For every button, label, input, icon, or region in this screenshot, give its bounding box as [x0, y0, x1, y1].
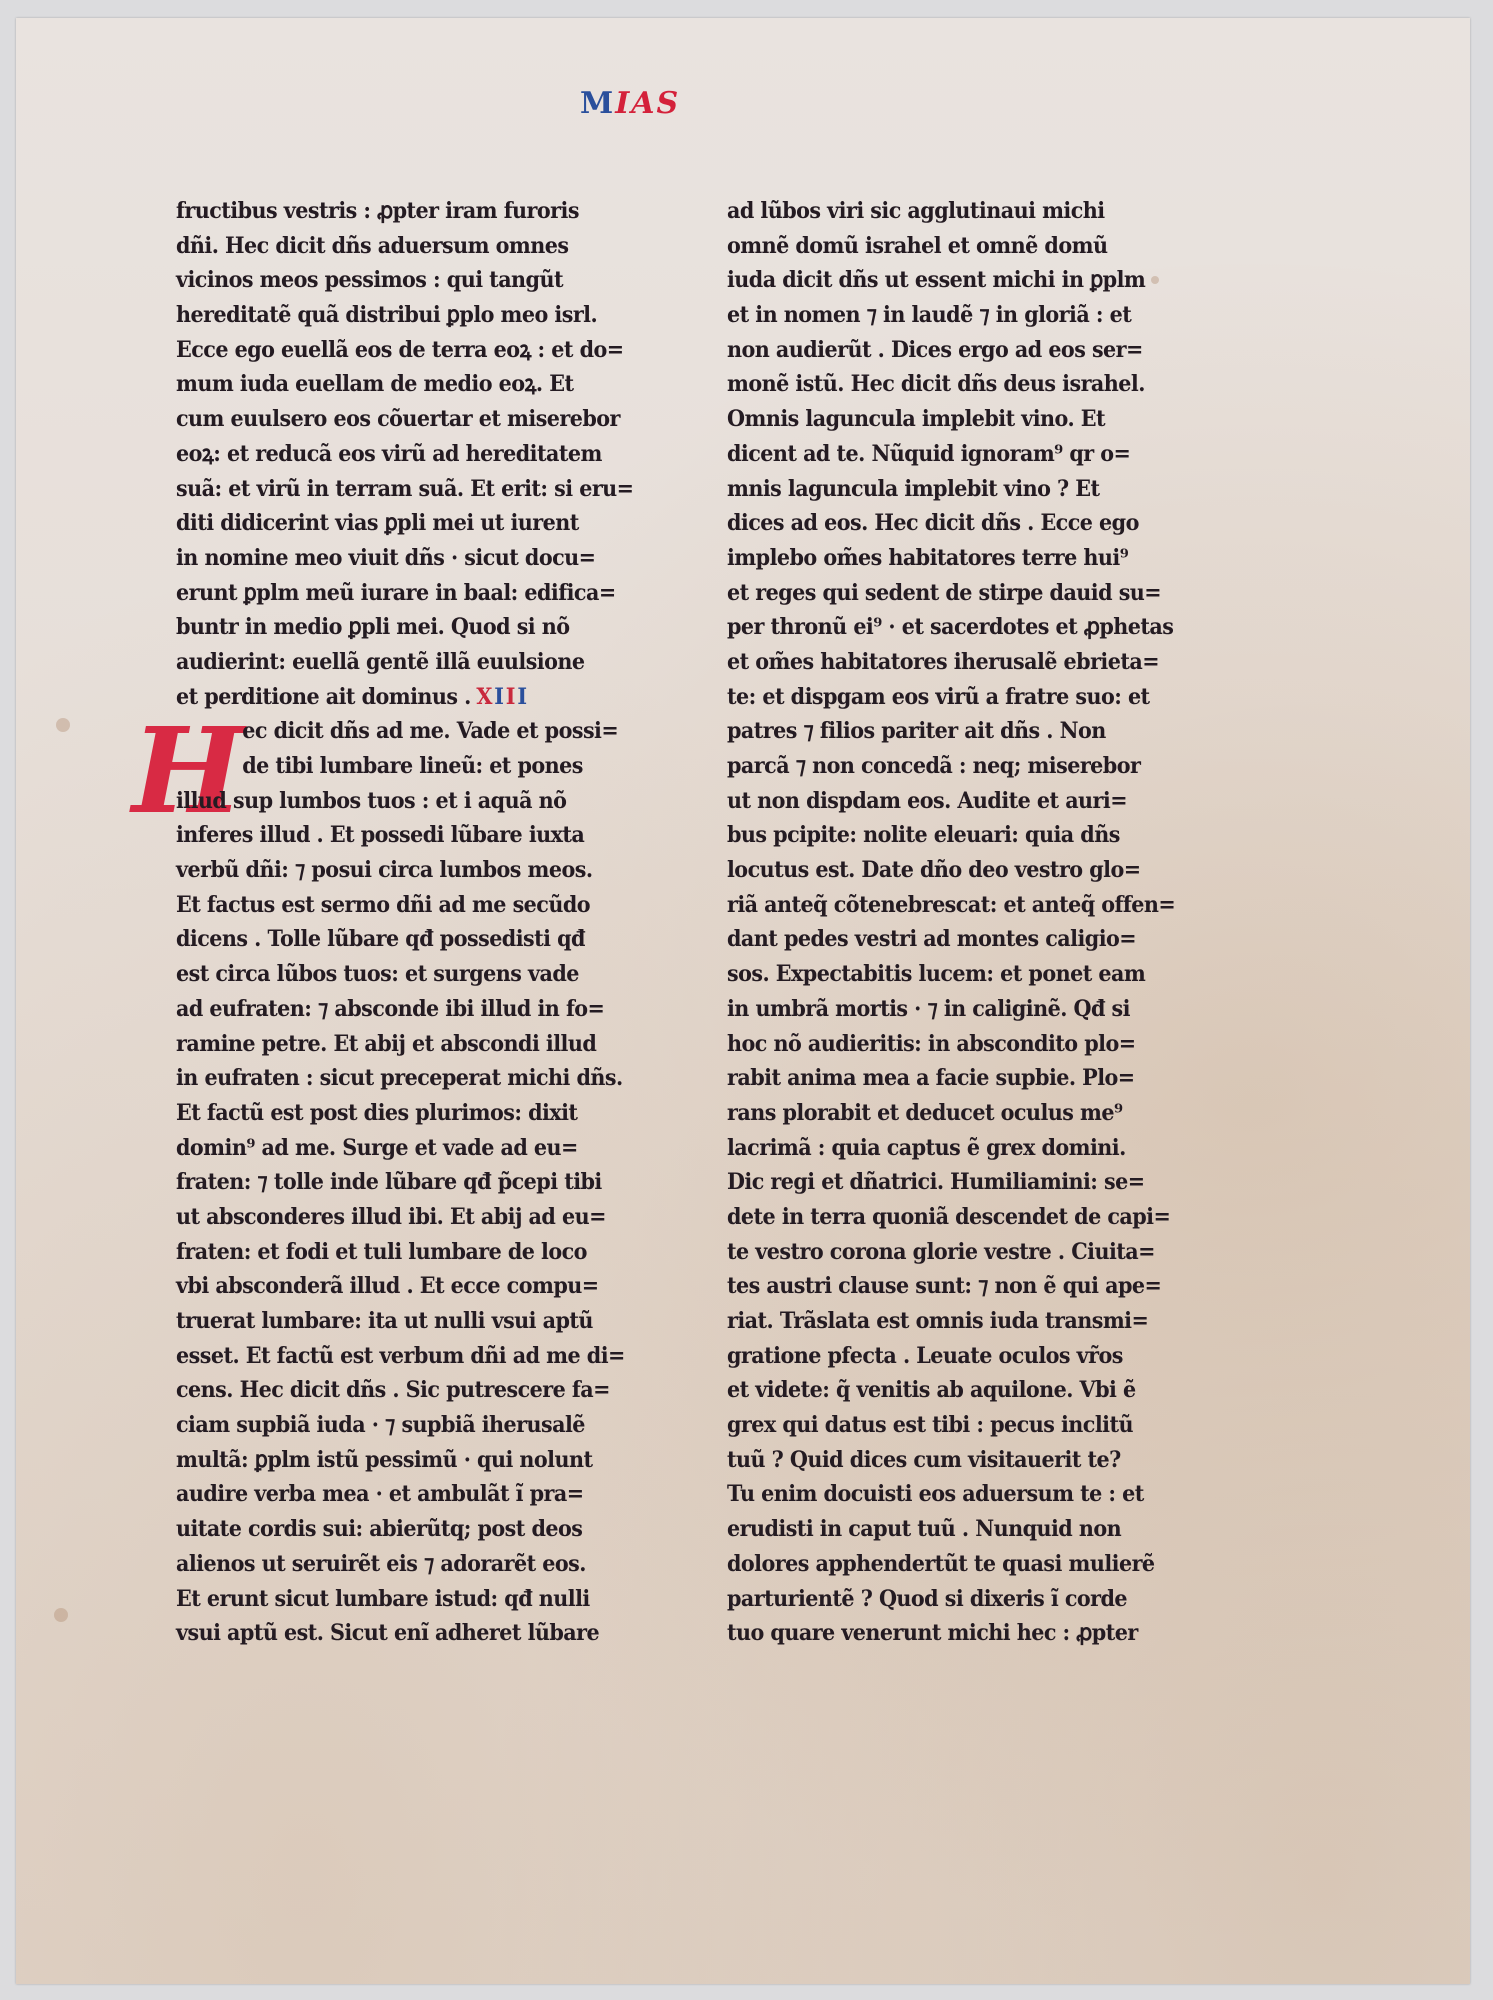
- text-line: cum euulsero eos cõuertar et miserebor: [176, 402, 608, 437]
- text-line: et om̃es habitatores iherusalẽ ebrieta=: [727, 645, 1159, 680]
- text-line: parcã ⁊ non concedã : neq; miserebor: [727, 749, 1159, 784]
- running-head-blue: M: [580, 86, 615, 121]
- text-line: fraten: et fodi et tuli lumbare de loco: [176, 1235, 608, 1270]
- text-line: riã anteq̃ cõtenebrescat: et anteq̃ offe…: [727, 888, 1159, 923]
- text-line: dant pedes vestri ad montes caligio=: [727, 922, 1159, 957]
- text-line: alienos ut seruirẽt eis ⁊ adorarẽt eos.: [176, 1547, 608, 1582]
- text-line: ciam supbiã iuda · ⁊ supbiã iherusalẽ: [176, 1408, 608, 1443]
- text-line: in umbrã mortis · ⁊ in caliginẽ. Qđ si: [727, 992, 1159, 1027]
- text-line: erudisti in caput tuũ . Nunquid non: [727, 1512, 1159, 1547]
- text-line: Omnis laguncula implebit vino. Et: [727, 402, 1159, 437]
- text-line: per thronũ ei⁹ · et sacerdotes et ꝓpheta…: [727, 610, 1159, 645]
- text-line: ad lũbos viri sic agglutinaui michi: [727, 194, 1159, 229]
- right-text-column: ad lũbos viri sic agglutinaui michiomnẽ …: [727, 194, 1159, 1651]
- text-line: te vestro corona glorie vestre . Ciuita=: [727, 1235, 1159, 1270]
- paper-stain: [54, 1608, 68, 1622]
- text-line: dicens . Tolle lũbare qđ possedisti qđ: [176, 922, 608, 957]
- text-line: et reges qui sedent de stirpe dauid su=: [727, 576, 1159, 611]
- chapter-number: XIII: [476, 684, 528, 710]
- text-line: tuũ ? Quid dices cum visitauerit te?: [727, 1443, 1159, 1478]
- text-line: vsui aptũ est. Sicut enĩ adheret lũbare: [176, 1616, 608, 1651]
- text-line: patres ⁊ filios pariter ait dñs . Non: [727, 714, 1159, 749]
- text-line: vicinos meos pessimos : qui tangũt: [176, 263, 608, 298]
- text-line: et in nomen ⁊ in laudẽ ⁊ in gloriã : et: [727, 298, 1159, 333]
- text-line: sos. Expectabitis lucem: et ponet eam: [727, 957, 1159, 992]
- chapter-i: I: [494, 684, 506, 710]
- text-line: esset. Et factũ est verbum dñi ad me di=: [176, 1339, 608, 1374]
- text-line: rans plorabit et deducet oculus me⁹: [727, 1096, 1159, 1131]
- text-line: erunt ꝑplm meũ iurare in baal: edifica=: [176, 576, 608, 611]
- running-head-red: IAS: [615, 86, 680, 121]
- text-line: implebo om̃es habitatores terre hui⁹: [727, 541, 1159, 576]
- text-line: non audierũt . Dices ergo ad eos ser=: [727, 333, 1159, 368]
- text-line: rabit anima mea a facie supbie. Plo=: [727, 1061, 1159, 1096]
- text-line: illud sup lumbos tuos : et i aquã nõ: [176, 784, 608, 819]
- text-line: multã: ꝑplm istũ pessimũ · qui nolunt: [176, 1443, 608, 1478]
- text-line: iuda dicit dñs ut essent michi in ꝑplm: [727, 263, 1159, 298]
- text-line: in nomine meo viuit dñs · sicut docu=: [176, 541, 608, 576]
- text-line: dñi. Hec dicit dñs aduersum omnes: [176, 229, 608, 264]
- text-line: truerat lumbare: ita ut nulli vsui aptũ: [176, 1304, 608, 1339]
- text-line: parturientẽ ? Quod si dixeris ĩ corde: [727, 1582, 1159, 1617]
- text-line: Tu enim docuisti eos aduersum te : et: [727, 1477, 1159, 1512]
- text-line: vbi absconderã illud . Et ecce compu=: [176, 1269, 608, 1304]
- text-line: suã: et virũ in terram suã. Et erit: si …: [176, 472, 608, 507]
- chapter-i: I: [506, 684, 518, 710]
- text-line: buntr in medio ꝑpli mei. Quod si nõ: [176, 610, 608, 645]
- text-line: gratione pfecta . Leuate oculos vr̃os: [727, 1339, 1159, 1374]
- text-line: ad eufraten: ⁊ absconde ibi illud in fo=: [176, 992, 608, 1027]
- text-line: ut absconderes illud ibi. Et abij ad eu=: [176, 1200, 608, 1235]
- text-line: tuo quare venerunt michi hec : ꝓpter: [727, 1616, 1159, 1651]
- text-line: Ecce ego euellã eos de terra eoꝝ : et do…: [176, 333, 608, 368]
- paper-stain: [56, 718, 70, 732]
- text-line: de tibi lumbare lineũ: et pones: [176, 749, 608, 784]
- text-line: et videte: q̃ venitis ab aquilone. Vbi ẽ: [727, 1373, 1159, 1408]
- text-line: dolores apphendertũt te quasi mulierẽ: [727, 1547, 1159, 1582]
- text-line: eoꝝ: et reducã eos virũ ad hereditatem: [176, 437, 608, 472]
- text-line: in eufraten : sicut preceperat michi dñs…: [176, 1061, 608, 1096]
- text-line: dicent ad te. Nũquid ignoram⁹ qr o=: [727, 437, 1159, 472]
- chapter-x: X: [476, 684, 494, 710]
- text-line: ec dicit dñs ad me. Vade et possi=: [176, 714, 608, 749]
- text-line: grex qui datus est tibi : pecus inclitũ: [727, 1408, 1159, 1443]
- text-line: uitate cordis sui: abierũtq; post deos: [176, 1512, 608, 1547]
- text-line: lacrimã : quia captus ẽ grex domini.: [727, 1131, 1159, 1166]
- text-line: te: et dispgam eos virũ a fratre suo: et: [727, 680, 1159, 715]
- text-line: omnẽ domũ israhel et omnẽ domũ: [727, 229, 1159, 264]
- text-line: fraten: ⁊ tolle inde lũbare qđ p̃cepi ti…: [176, 1165, 608, 1200]
- text-line: mum iuda euellam de medio eoꝝ. Et: [176, 367, 608, 402]
- text-line: hereditatẽ quã distribui ꝑplo meo isrl.: [176, 298, 608, 333]
- text-line: bus pcipite: nolite eleuari: quia dñs: [727, 818, 1159, 853]
- text-line: cens. Hec dicit dñs . Sic putrescere fa=: [176, 1373, 608, 1408]
- text-line: verbũ dñi: ⁊ posui circa lumbos meos.: [176, 853, 608, 888]
- text-line: Et factus est sermo dñi ad me secũdo: [176, 888, 608, 923]
- text-line: ramine petre. Et abij et abscondi illud: [176, 1027, 608, 1062]
- running-head: MIAS: [580, 86, 680, 121]
- text-line: domin⁹ ad me. Surge et vade ad eu=: [176, 1131, 608, 1166]
- text-line: audire verba mea · et ambulãt ĩ pra=: [176, 1477, 608, 1512]
- text-line: riat. Trãslata est omnis iuda transmi=: [727, 1304, 1159, 1339]
- text-line: locutus est. Date dño deo vestro glo=: [727, 853, 1159, 888]
- text-line: dices ad eos. Hec dicit dñs . Ecce ego: [727, 506, 1159, 541]
- text-line: et perditione ait dominus .XIII: [176, 680, 608, 715]
- text-line: Et erunt sicut lumbare istud: qđ nulli: [176, 1582, 608, 1617]
- chapter-i: I: [517, 684, 529, 710]
- text-line: est circa lũbos tuos: et surgens vade: [176, 957, 608, 992]
- text-line: Et factũ est post dies plurimos: dixit: [176, 1096, 608, 1131]
- text-line: mnis laguncula implebit vino ? Et: [727, 472, 1159, 507]
- text-line: ut non dispdam eos. Audite et auri=: [727, 784, 1159, 819]
- text-line: fructibus vestris : ꝓpter iram furoris: [176, 194, 608, 229]
- text-line: hoc nõ audieritis: in abscondito plo=: [727, 1027, 1159, 1062]
- text-line: dete in terra quoniã descendet de capi=: [727, 1200, 1159, 1235]
- text-line: tes austri clause sunt: ⁊ non ẽ qui ape=: [727, 1269, 1159, 1304]
- text-line: audierint: euellã gentẽ illã euulsione: [176, 645, 608, 680]
- text-line: Dic regi et dñatrici. Humiliamini: se=: [727, 1165, 1159, 1200]
- left-text-column: fructibus vestris : ꝓpter iram furorisdñ…: [176, 194, 608, 1651]
- text-line: inferes illud . Et possedi lũbare iuxta: [176, 818, 608, 853]
- text-line: monẽ istũ. Hec dicit dñs deus israhel.: [727, 367, 1159, 402]
- text-line: diti didicerint vias ꝑpli mei ut iurent: [176, 506, 608, 541]
